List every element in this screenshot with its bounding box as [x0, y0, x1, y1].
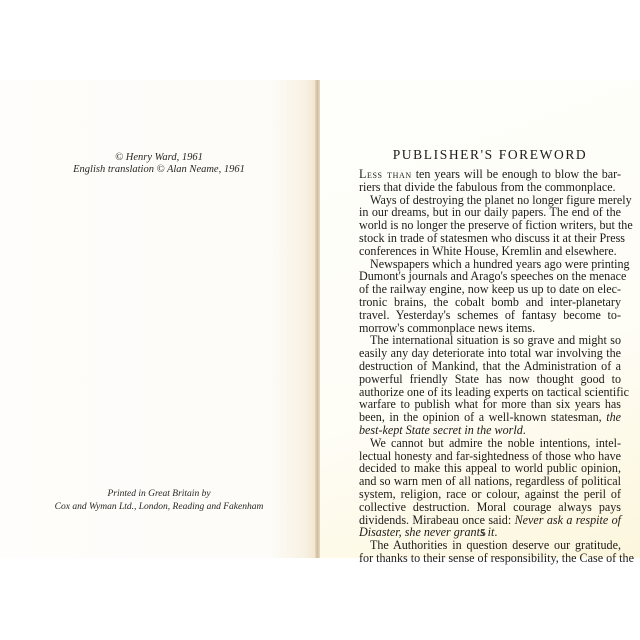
italic-quote: Never ask a respite of: [515, 513, 621, 527]
text-line: travel. Yesterday's schemes of fantasy b…: [359, 309, 621, 322]
text-line: destruction of Mankind, that the Adminis…: [359, 360, 621, 373]
italic-quote: the: [606, 410, 621, 424]
line-text: ten years will be enough to blow the bar…: [412, 167, 621, 181]
printer-imprint: Printed in Great Britain by Cox and Wyma…: [0, 488, 318, 513]
text-line: conferences in White House, Kremlin and …: [359, 245, 621, 258]
line-text: .: [523, 423, 526, 437]
text-line: for thanks to their sense of responsibil…: [359, 552, 621, 565]
foreword-body: Less than ten years will be enough to bl…: [359, 168, 621, 565]
copyright-notice: © Henry Ward, 1961 English translation ©…: [0, 152, 318, 176]
printer-line-1: Printed in Great Britain by: [0, 488, 318, 501]
text-line: Less than ten years will be enough to bl…: [359, 168, 621, 181]
text-line: system, religion, race or colour, agains…: [359, 488, 621, 501]
small-caps-opening: Less than: [359, 167, 412, 181]
book-spread: © Henry Ward, 1961 English translation ©…: [0, 0, 640, 640]
text-line: riers that divide the fabulous from the …: [359, 181, 621, 194]
text-line: best-kept State secret in the world.: [359, 424, 621, 437]
copyright-line-translation: English translation © Alan Neame, 1961: [0, 164, 318, 176]
copyright-line-author: © Henry Ward, 1961: [0, 152, 318, 164]
text-line: The Authorities in question deserve our …: [359, 539, 621, 552]
italic-quote: best-kept State secret in the world: [359, 423, 523, 437]
page-number: 5: [318, 527, 640, 539]
printer-line-2: Cox and Wyman Ltd., London, Reading and …: [0, 501, 318, 514]
text-line: stock in trade of statesmen who discuss …: [359, 232, 621, 245]
text-line: powerful friendly State has now thought …: [359, 373, 621, 386]
chapter-title: PUBLISHER'S FOREWORD: [355, 147, 625, 163]
text-line: and so warn men of all nations, regardle…: [359, 475, 621, 488]
text-line: We cannot but admire the noble intention…: [359, 437, 621, 450]
text-line: tronic brains, the cobalt bomb and inter…: [359, 296, 621, 309]
